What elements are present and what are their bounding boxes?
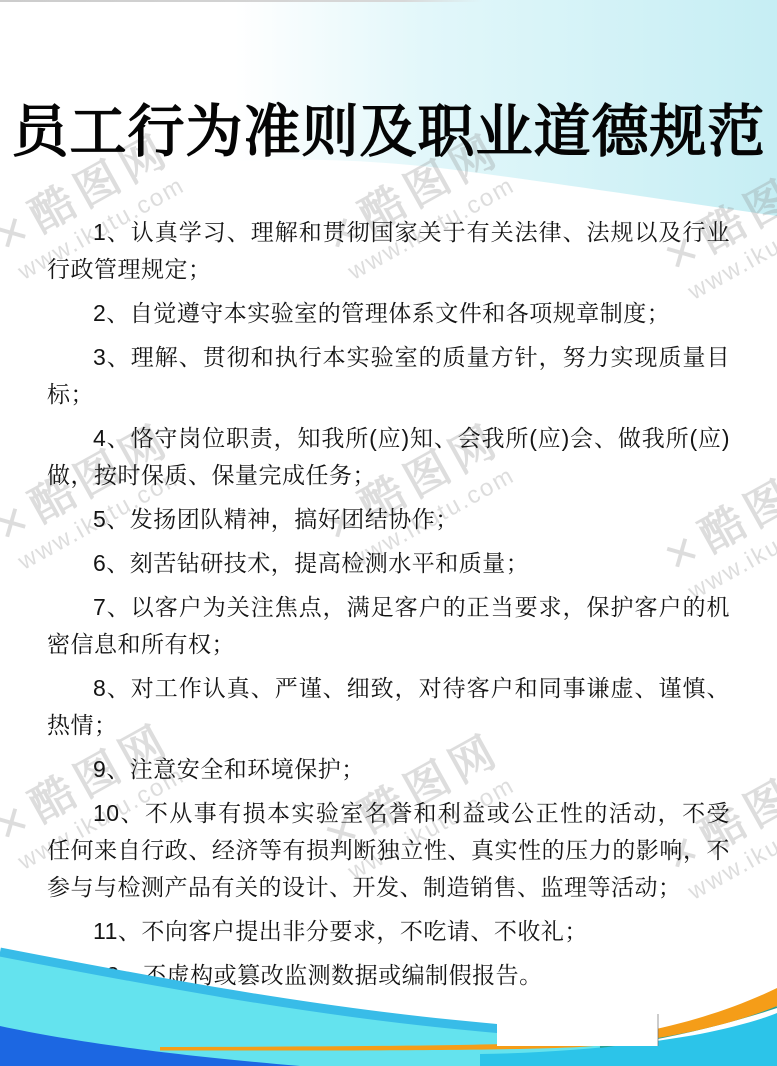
kutu-logo-icon: ✕ [0,793,43,851]
rule-item: 8、对工作认真、严谨、细致，对待客户和同事谦虚、谨慎、热情； [47,670,730,744]
rule-item: 9、注意安全和环境保护； [47,751,730,788]
rule-item: 10、不从事有损本实验室名誉和利益或公正性的活动，不受任何来自行政、经济等有损判… [47,795,730,906]
white-notch-rect [497,1014,658,1046]
top-edge-hairline [0,0,777,2]
rule-item: 5、发扬团队精神，搞好团结协作； [47,501,730,538]
poster-title: 员工行为准则及职业道德规范 [0,100,777,164]
rule-item: 1、认真学习、理解和贯彻国家关于有关法律、法规以及行业行政管理规定； [47,214,730,288]
rule-item: 4、恪守岗位职责，知我所(应)知、会我所(应)会、做我所(应)做，按时保质、保量… [47,420,730,494]
poster-page: ✕酷图网www.ikutu.com✕酷图网www.ikutu.com✕酷图网ww… [0,0,777,1066]
kutu-logo-icon: ✕ [0,493,43,551]
bottom-waves [0,926,777,1066]
rule-item: 2、自觉遵守本实验室的管理体系文件和各项规章制度； [47,295,730,332]
rule-item: 7、以客户为关注焦点，满足客户的正当要求，保护客户的机密信息和所有权； [47,589,730,663]
rule-item: 6、刻苦钻研技术，提高检测水平和质量； [47,545,730,582]
rules-list: 1、认真学习、理解和贯彻国家关于有关法律、法规以及行业行政管理规定；2、自觉遵守… [47,214,730,1001]
rule-item: 3、理解、贯彻和执行本实验室的质量方针，努力实现质量目标； [47,339,730,413]
